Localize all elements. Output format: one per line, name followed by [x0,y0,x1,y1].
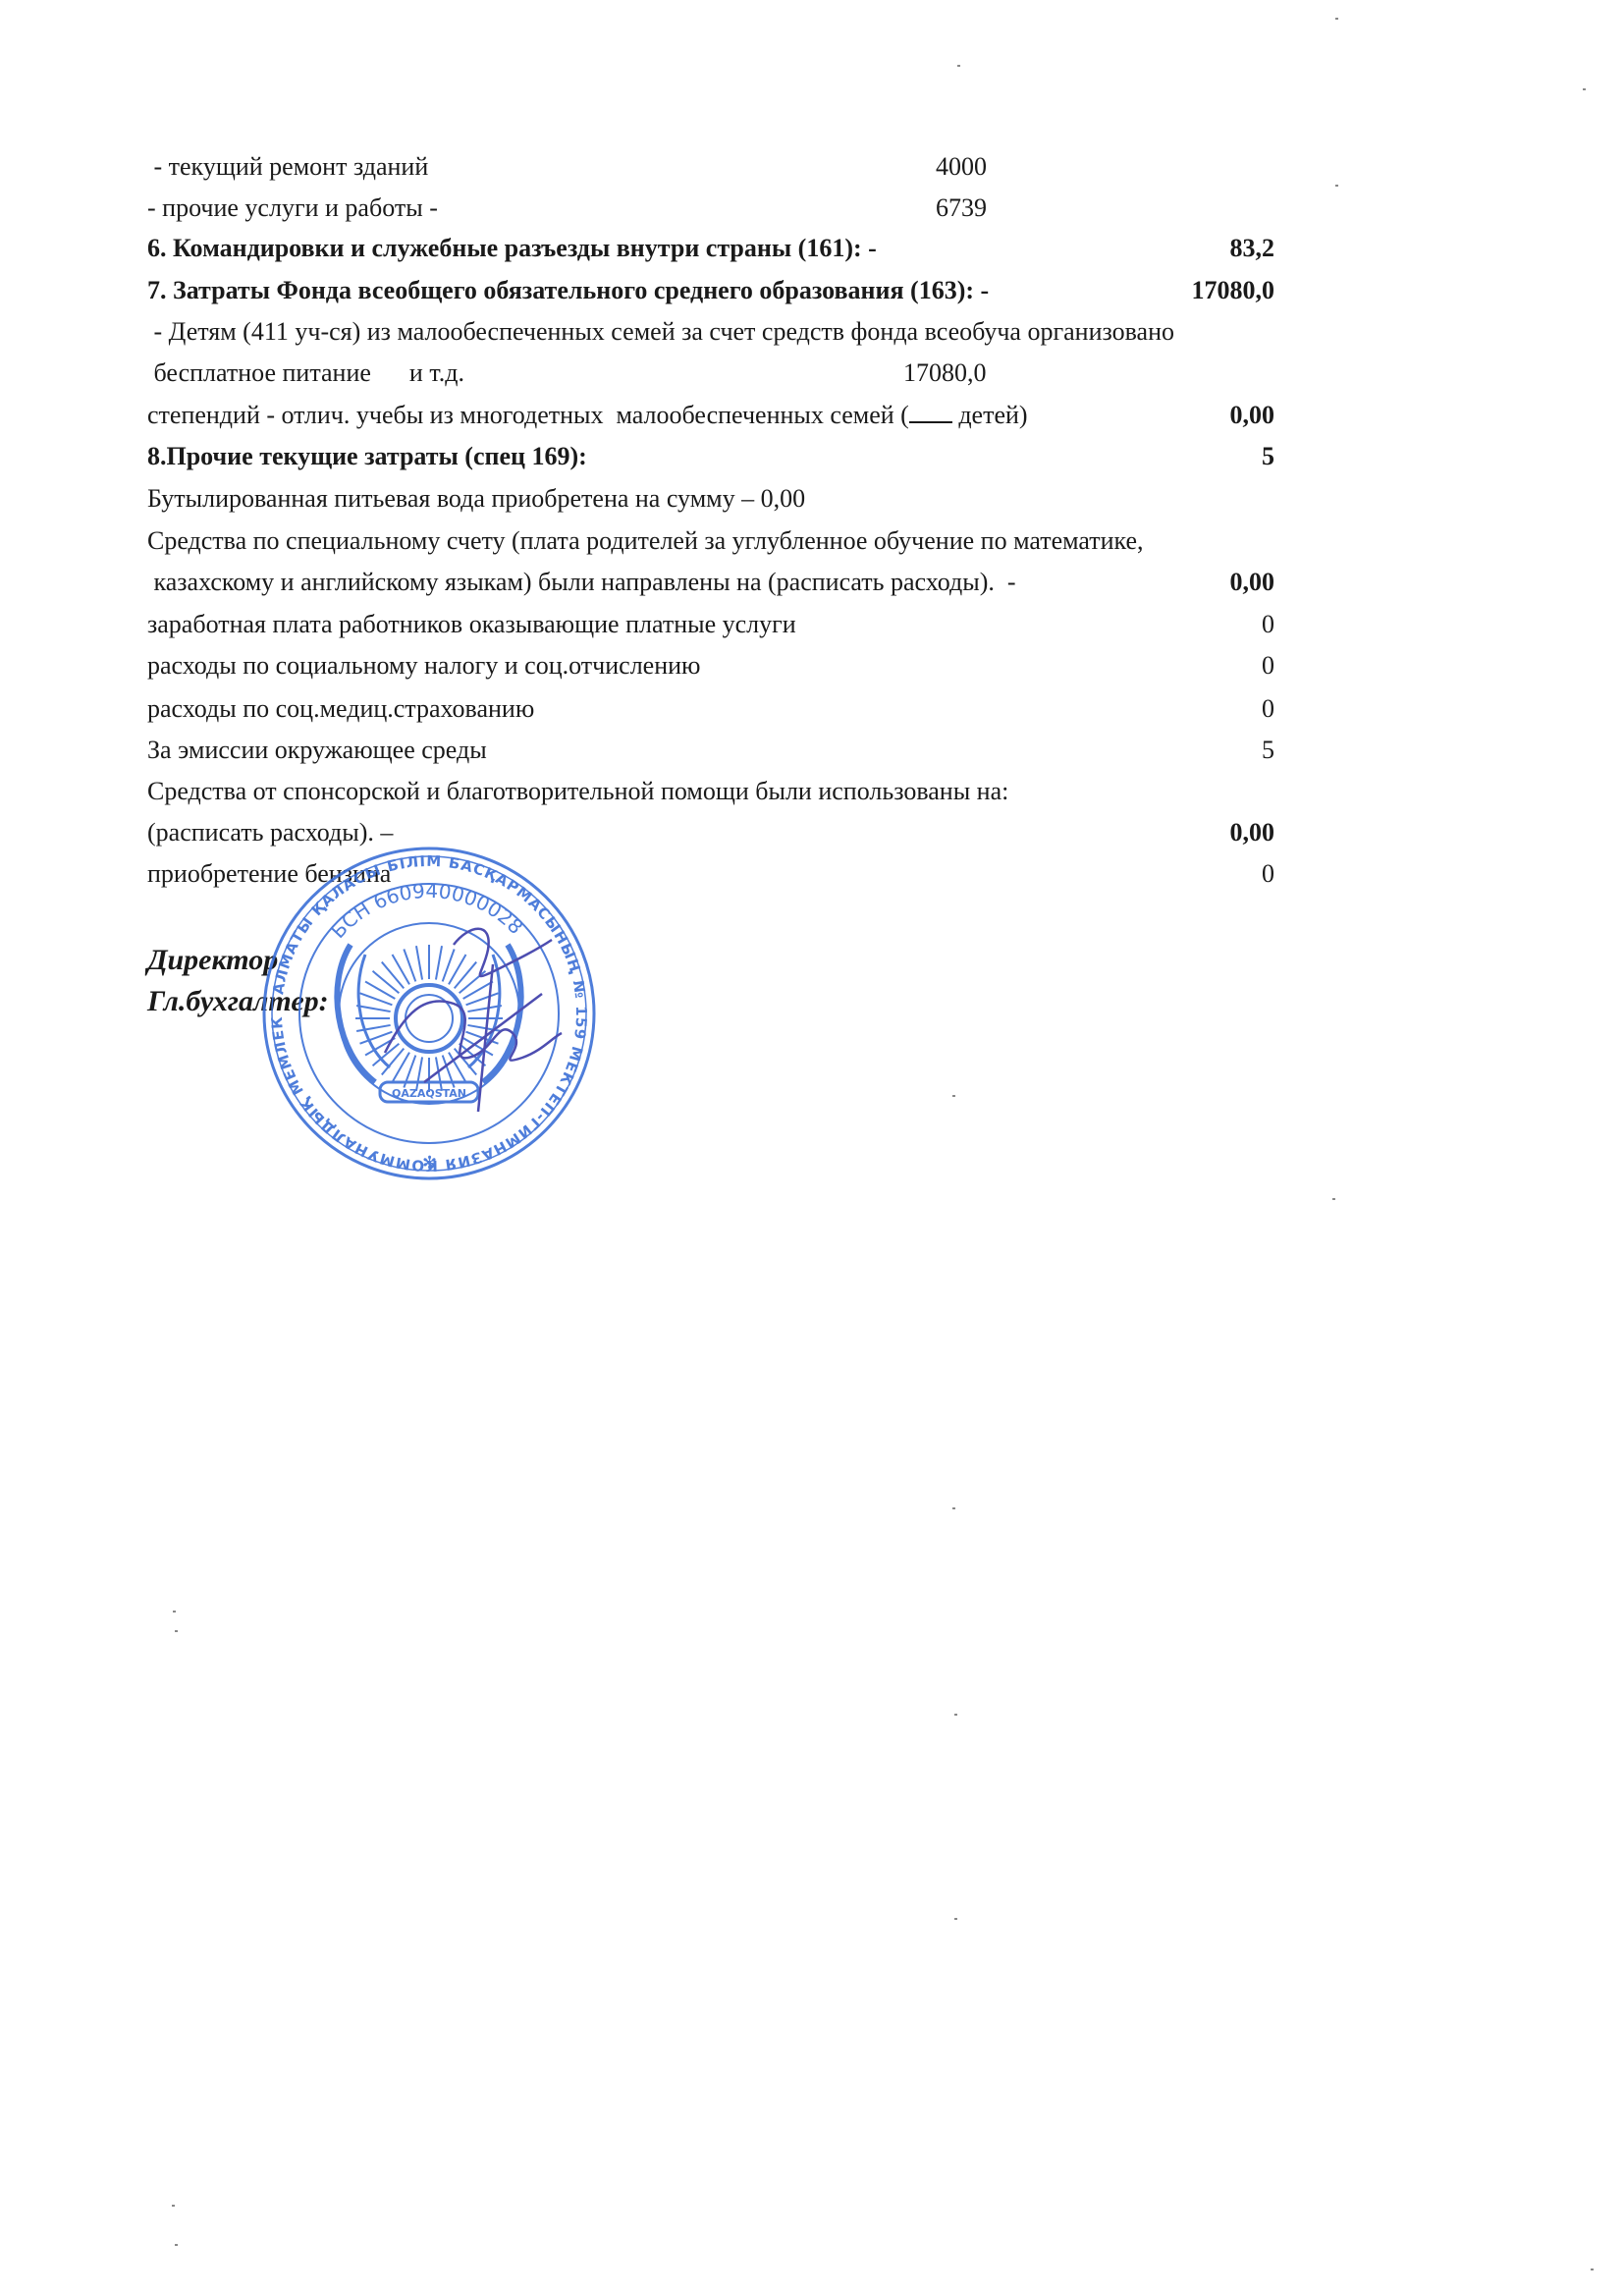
line-medical-insurance: расходы по соц.медиц.страхованию [147,689,534,729]
value-salary-paid-services: 0 [1262,605,1274,644]
children-count-blank [909,400,952,423]
line-special-account-cont: казахскому и английскому языкам) были на… [147,563,1016,602]
line-fuel-purchase: приобретение бензина [147,854,391,894]
value-section-6: 83,2 [1230,229,1275,268]
scan-speck [175,2244,178,2246]
section-6-business-trips: 6. Командировки и служебные разъезды вну… [147,229,877,268]
line-stipends: степендий - отлич. учебы из многодетных … [147,396,1028,435]
stipends-text: степендий - отлич. учебы из многодетных … [147,401,909,429]
value-special-account: 0,00 [1230,563,1275,602]
line-free-meals: бесплатное питание и т.д. [147,354,464,393]
scan-speck [957,65,960,67]
line-bottled-water: Бутылированная питьевая вода приобретена… [147,479,805,519]
stipends-text-end: детей) [952,401,1028,429]
scan-speck [173,1611,176,1613]
scan-speck [952,1095,955,1097]
svg-text:✻: ✻ [422,1153,437,1174]
value-sponsor-expenses: 0,00 [1230,813,1275,852]
line-other-services: - прочие услуги и работы - [147,189,438,228]
scan-speck [1583,88,1586,90]
scan-speck [1335,185,1338,187]
value-free-meals: 17080,0 [903,354,987,393]
value-medical-insurance: 0 [1262,689,1274,729]
value-section-7: 17080,0 [1192,271,1275,310]
line-emissions: За эмиссии окружающее среды [147,731,487,770]
section-8-other-expenses: 8.Прочие текущие затраты (спец 169): [147,437,587,476]
value-emissions: 5 [1262,731,1274,770]
line-sponsor-funds: Средства от спонсорской и благотворитель… [147,772,1008,811]
value-building-repair: 4000 [936,147,987,187]
value-social-tax: 0 [1262,646,1274,685]
scan-speck [1591,2269,1594,2270]
value-section-8: 5 [1262,437,1274,476]
scan-speck [952,1507,955,1509]
scan-speck [1332,1198,1335,1200]
value-fuel-purchase: 0 [1262,854,1274,894]
scan-speck [954,1714,957,1716]
line-children-meals: - Детям (411 уч-ся) из малообеспеченных … [147,312,1174,352]
chief-accountant-label: Гл.бухгалтер: [147,981,329,1022]
line-social-tax: расходы по социальному налогу и соц.отчи… [147,646,700,685]
line-salary-paid-services: заработная плата работников оказывающие … [147,605,796,644]
scan-speck [954,1918,957,1920]
line-special-account: Средства по специальному счету (плата ро… [147,521,1144,561]
section-7-education-fund: 7. Затраты Фонда всеобщего обязательного… [147,271,989,310]
scan-speck [1335,18,1338,20]
scan-speck [175,1630,178,1632]
line-building-repair: - текущий ремонт зданий [147,147,428,187]
line-sponsor-expenses: (расписать расходы). – [147,813,393,852]
scan-speck [172,2205,175,2207]
director-label: Директор [147,940,278,981]
value-other-services: 6739 [936,189,987,228]
svg-text:QAZAQSTAN: QAZAQSTAN [392,1087,466,1100]
value-stipends: 0,00 [1230,396,1275,435]
